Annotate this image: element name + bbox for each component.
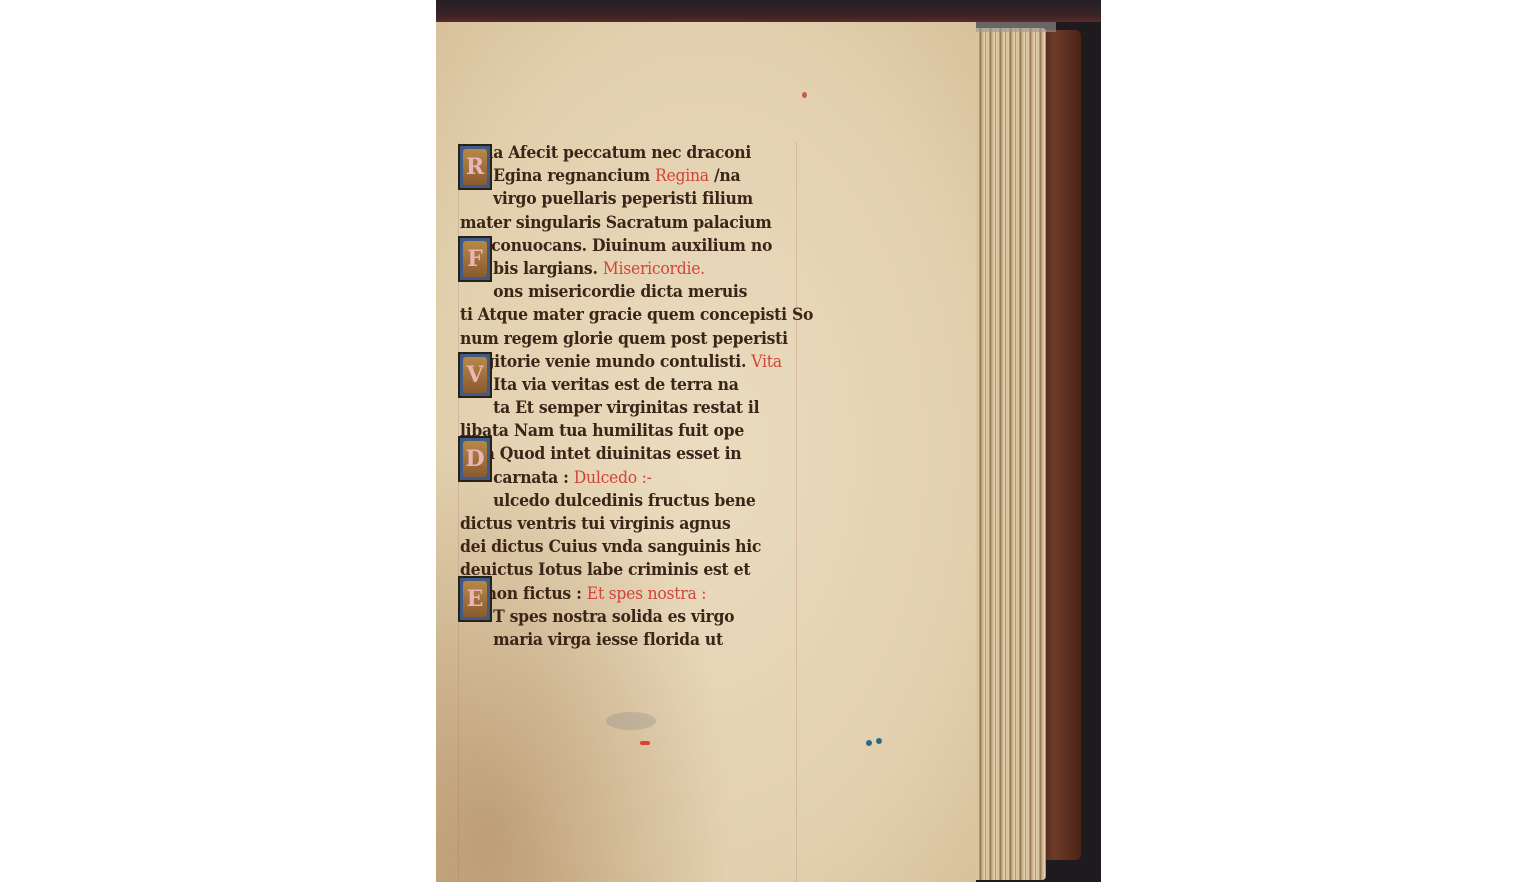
text-line: T spes nostra solida es virgo	[460, 606, 764, 629]
manuscript-photo: nuna Afecit peccatum nec draconi Egina r…	[436, 0, 1101, 882]
text-line: virgo puellaris peperisti filium	[460, 188, 764, 211]
text-block: nuna Afecit peccatum nec draconi Egina r…	[460, 142, 790, 652]
text-line: rata Quod intet diuinitas esset in	[460, 443, 764, 466]
text-line: ta Et semper virginitas restat il	[460, 397, 764, 420]
text-line: demon fictus : Et spes nostra :	[460, 583, 764, 606]
page-edges-top	[976, 22, 1056, 32]
book-cover-top	[436, 0, 1101, 22]
pigment-spot	[802, 92, 807, 98]
rubric: Dulcedo	[574, 468, 637, 488]
text-line: maria virga iesse florida ut	[460, 629, 764, 652]
pigment-spot	[640, 741, 650, 745]
illuminated-initial: V	[458, 352, 492, 398]
text-line: num regem glorie quem post peperisti	[460, 328, 764, 351]
page-edges	[976, 28, 1046, 880]
pigment-spot	[866, 740, 872, 746]
illuminated-initial: R	[458, 144, 492, 190]
rubric: Vita	[751, 352, 782, 372]
rubric: Et spes nostra	[587, 584, 697, 604]
illuminated-initial: E	[458, 576, 492, 622]
text-line: Ita via veritas est de terra na	[460, 374, 764, 397]
text-line: nuna Afecit peccatum nec draconi	[460, 142, 764, 165]
stain	[606, 712, 656, 730]
rubric: Regina	[655, 166, 709, 186]
text-line: dei dictus Cuius vnda sanguinis hic	[460, 536, 764, 559]
text-line: bis largians. Misericordie.	[460, 258, 764, 281]
text-line: largitorie venie mundo contulisti. Vita	[460, 351, 764, 374]
text-line: ulcedo dulcedinis fructus bene	[460, 490, 764, 513]
manuscript-page: nuna Afecit peccatum nec draconi Egina r…	[436, 22, 976, 882]
text-line: carnata : Dulcedo :-	[460, 467, 764, 490]
illuminated-initial: D	[458, 436, 492, 482]
text-line: ti Atque mater gracie quem concepisti So	[460, 304, 764, 327]
text-line: mater singularis Sacratum palacium	[460, 212, 764, 235]
text-line: ons misericordie dicta meruis	[460, 281, 764, 304]
text-line: deuictus Iotus labe criminis est et	[460, 559, 764, 582]
illuminated-initial: F	[458, 236, 492, 282]
text-line: Egina regnancium Regina /na	[460, 165, 764, 188]
text-line: dictus ventris tui virginis agnus	[460, 513, 764, 536]
ruling-line	[796, 142, 797, 882]
text-line: dei conuocans. Diuinum auxilium no	[460, 235, 764, 258]
text-line: libata Nam tua humilitas fuit ope	[460, 420, 764, 443]
rubric: Misericordie	[603, 259, 700, 279]
pigment-spot	[876, 738, 882, 744]
